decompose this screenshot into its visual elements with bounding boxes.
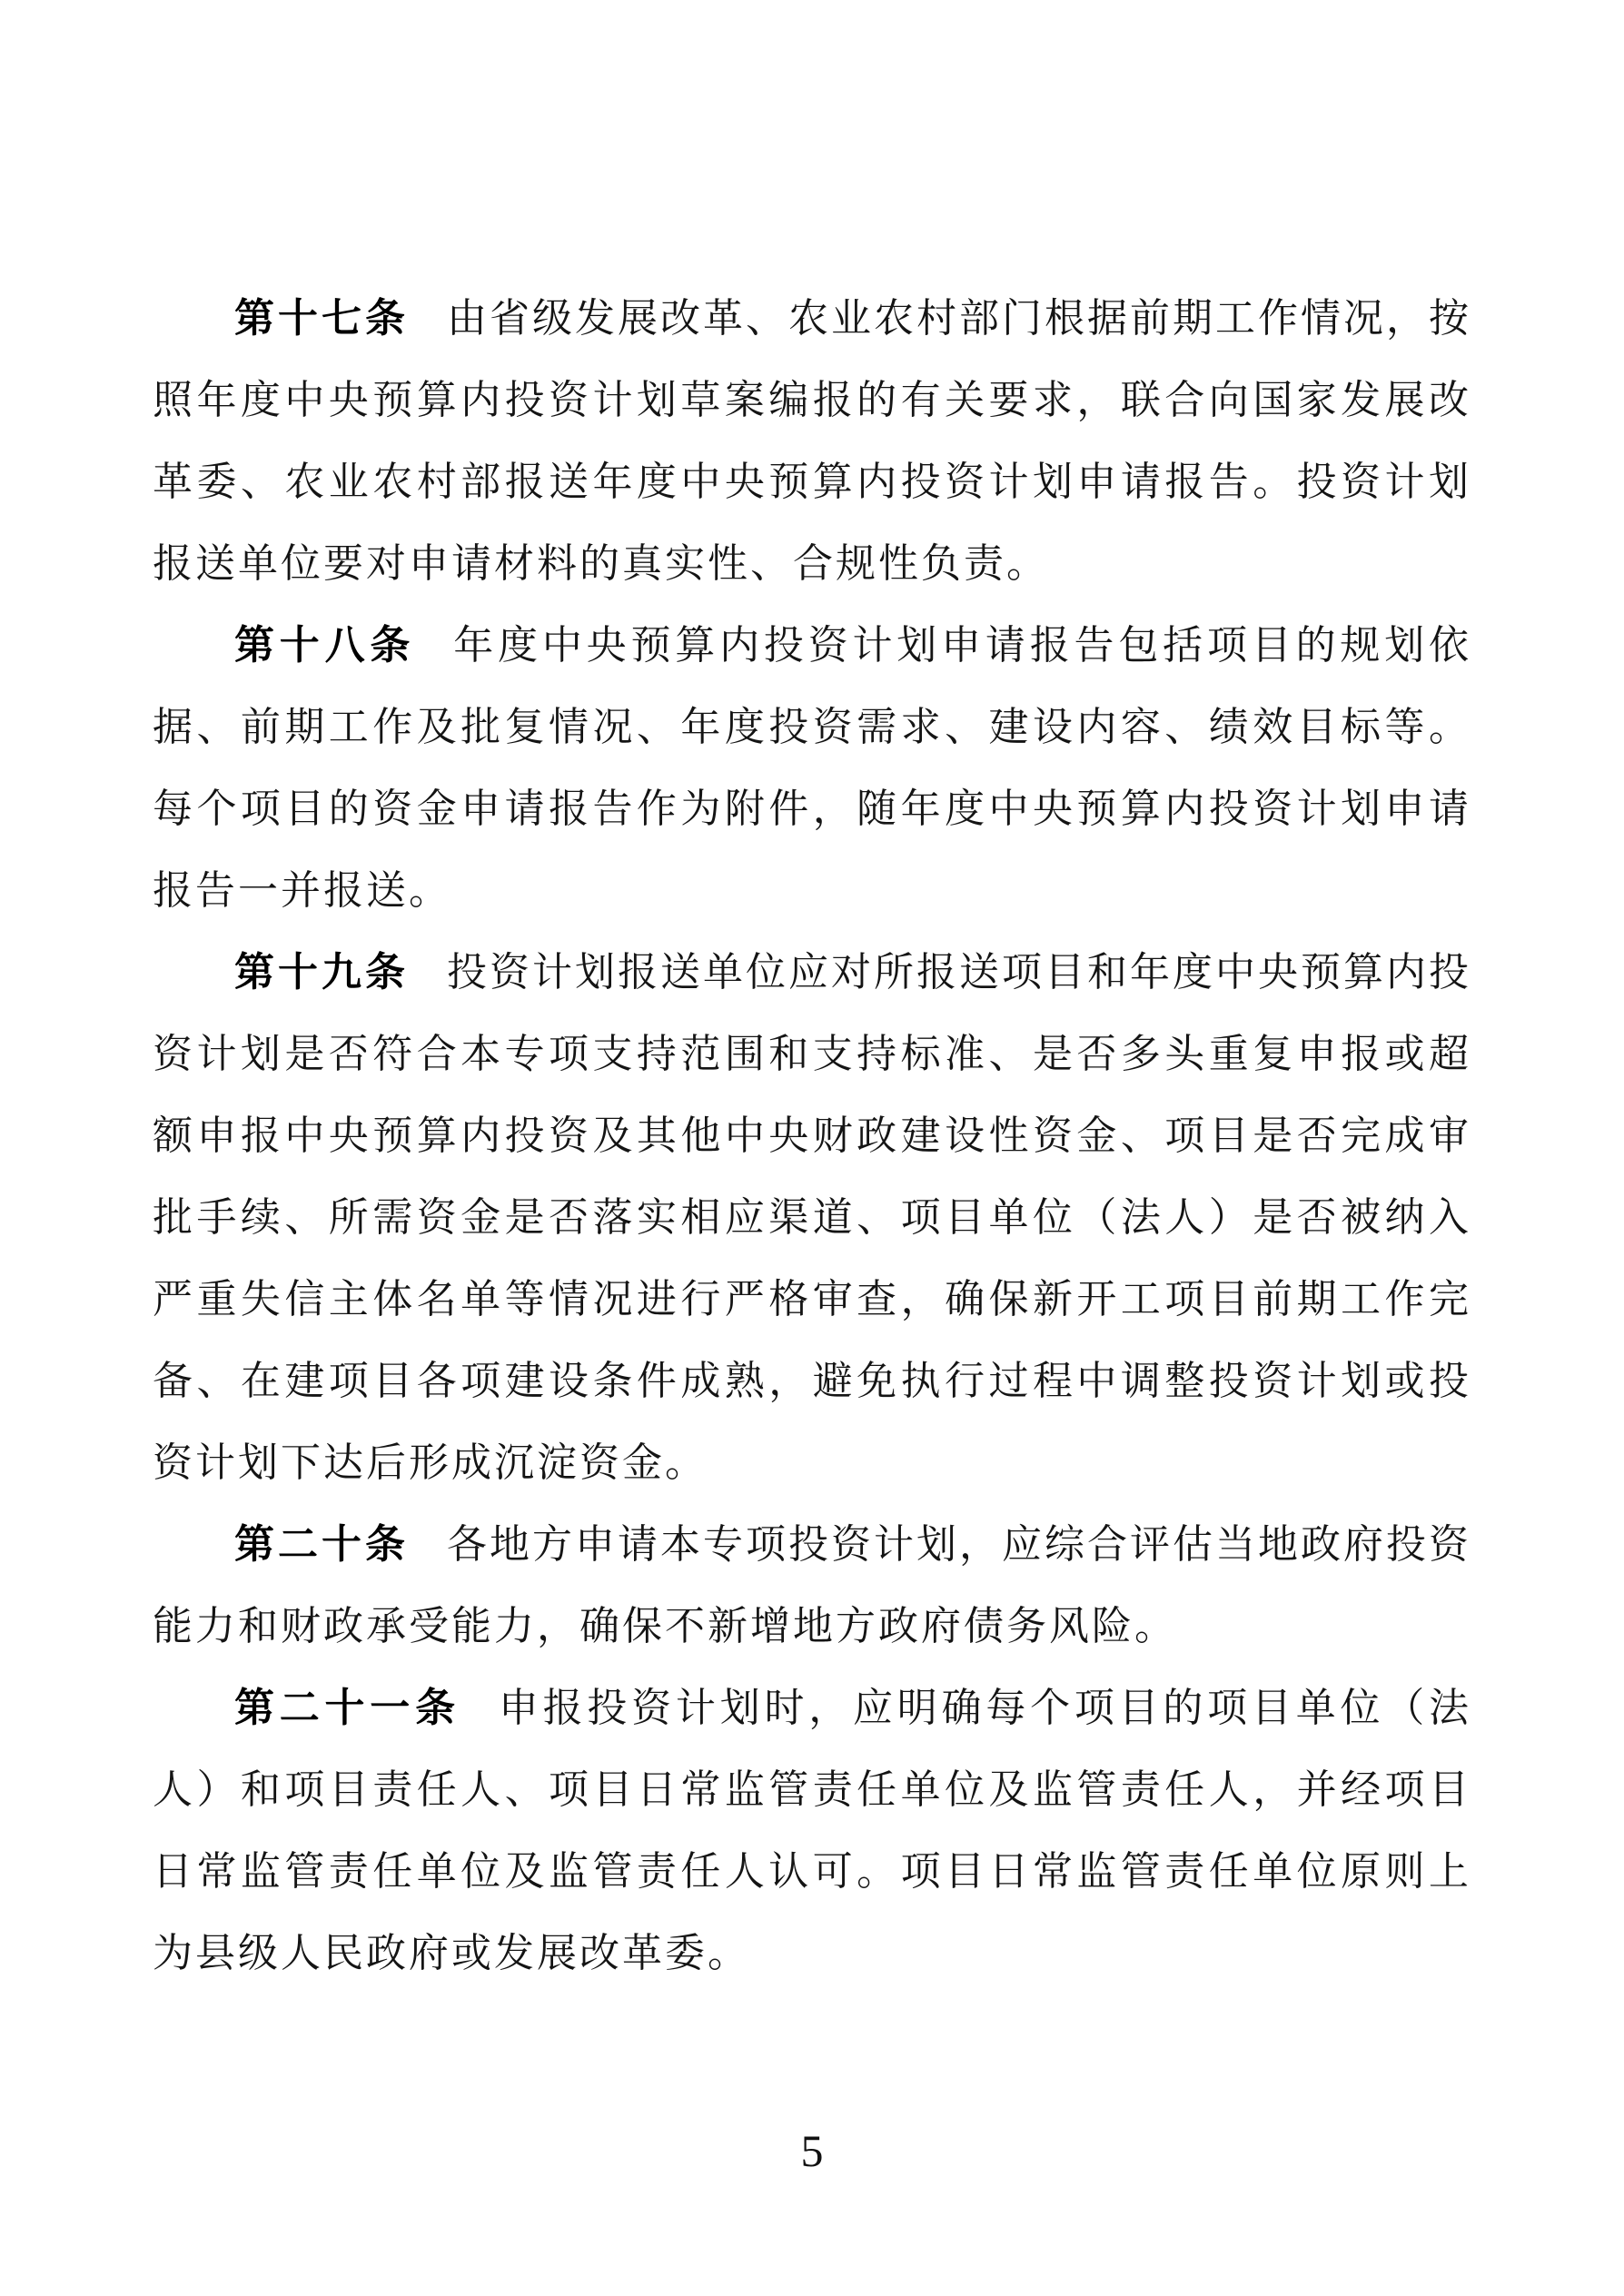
article-17-number: 第十七条 — [234, 296, 409, 341]
article-18-number: 第十八条 — [234, 623, 415, 668]
paragraph-article-20: 第二十条各地方申请本专项投资计划，应综合评估当地政府投资能力和财政承受能力，确保… — [153, 1504, 1471, 1668]
document-body: 第十七条由省级发展改革、农业农村部门根据前期工作情况，按照年度中央预算内投资计划… — [153, 278, 1471, 1994]
article-19-number: 第十九条 — [234, 950, 409, 995]
paragraph-article-21: 第二十一条申报投资计划时，应明确每个项目的项目单位（法人）和项目责任人、项目日常… — [153, 1668, 1471, 1994]
article-20-number: 第二十条 — [234, 1522, 409, 1567]
document-page: 第十七条由省级发展改革、农业农村部门根据前期工作情况，按照年度中央预算内投资计划… — [0, 0, 1624, 2296]
paragraph-article-19: 第十九条投资计划报送单位应对所报送项目和年度中央预算内投资计划是否符合本专项支持… — [153, 932, 1471, 1504]
paragraph-article-18: 第十八条年度中央预算内投资计划申请报告包括项目的规划依据、前期工作及批复情况、年… — [153, 605, 1471, 932]
article-19-text: 投资计划报送单位应对所报送项目和年度中央预算内投资计划是否符合本专项支持范围和支… — [153, 950, 1471, 1485]
page-number: 5 — [0, 2123, 1624, 2178]
article-21-number: 第二十一条 — [234, 1686, 460, 1730]
paragraph-article-17: 第十七条由省级发展改革、农业农村部门根据前期工作情况，按照年度中央预算内投资计划… — [153, 278, 1471, 605]
